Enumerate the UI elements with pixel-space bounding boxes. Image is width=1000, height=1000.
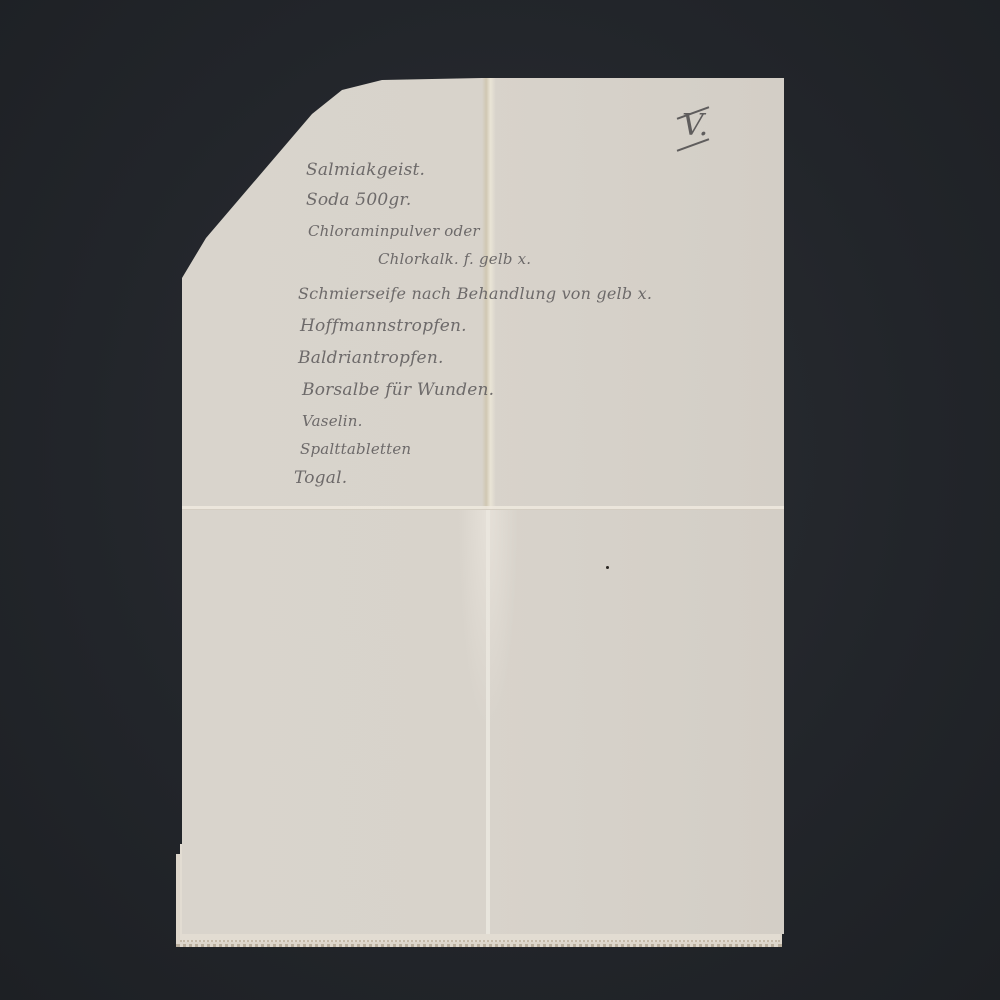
list-item: Borsalbe für Wunden. — [302, 380, 494, 400]
list-item: Togal. — [294, 468, 347, 488]
ink-speck — [606, 566, 609, 569]
list-item: Hoffmannstropfen. — [300, 316, 467, 336]
list-item: Soda 500gr. — [306, 190, 412, 210]
list-item: Baldriantropfen. — [298, 348, 444, 368]
list-item: Vaselin. — [302, 412, 363, 430]
paper-sheet: V. Salmiakgeist. Soda 500gr. Chloraminpu… — [182, 78, 784, 934]
list-item: Spalttabletten — [300, 440, 411, 458]
list-item: Schmierseife nach Behandlung von gelb x. — [298, 284, 652, 303]
list-item: Chlorkalk. f. gelb x. — [378, 250, 531, 268]
list-item: Salmiakgeist. — [306, 160, 425, 180]
paper-stack: V. Salmiakgeist. Soda 500gr. Chloraminpu… — [174, 74, 790, 948]
page-number: V. — [682, 108, 708, 143]
crease-bulge — [458, 510, 518, 730]
list-item: Chloraminpulver oder — [308, 222, 480, 240]
